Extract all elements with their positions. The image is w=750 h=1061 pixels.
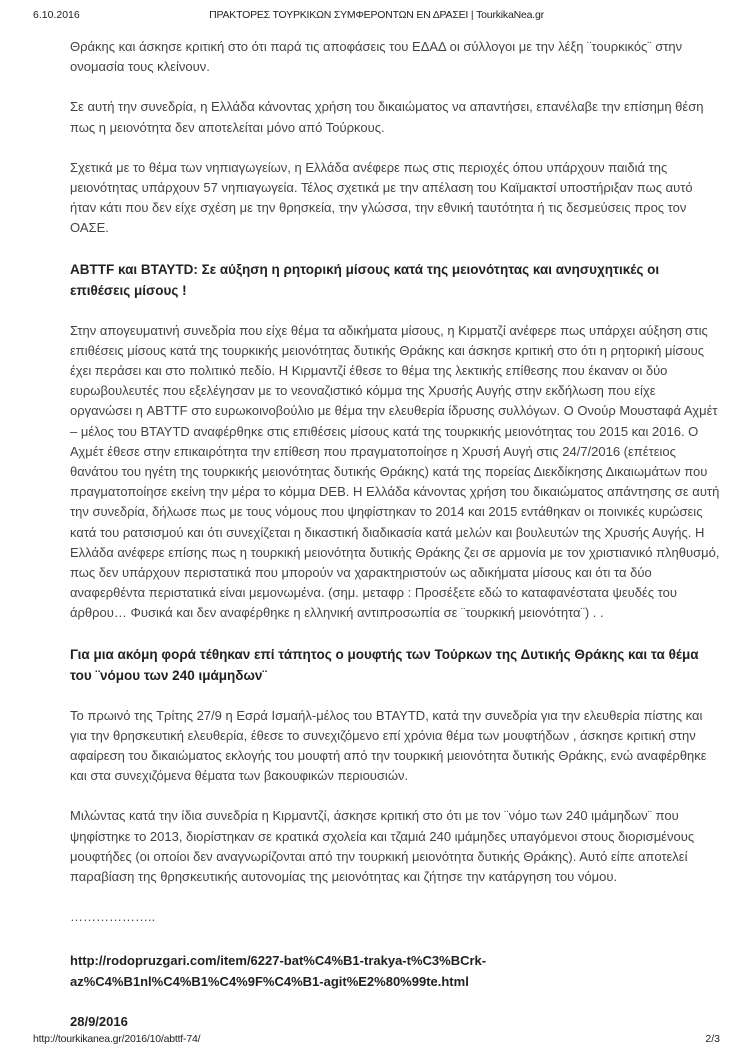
page-number: 2/3	[705, 1033, 720, 1045]
paragraph-4: Στην απογευματινή συνεδρία που είχε θέμα…	[70, 321, 720, 624]
paragraph-6: Μιλώντας κατά την ίδια συνεδρία η Κιρμαν…	[70, 806, 720, 887]
print-footer: http://tourkikanea.gr/2016/10/abttf-74/ …	[33, 1033, 720, 1047]
article-date: 28/9/2016	[70, 1012, 720, 1032]
separator-dots: ………………..	[70, 907, 720, 927]
section-heading-1: ABTTF και BTAYTD: Σε αύξηση η ρητορική μ…	[70, 259, 720, 301]
paragraph-5: Το πρωινό της Τρίτης 27/9 η Εσρά Ισμαήλ-…	[70, 706, 720, 787]
section-heading-2: Για μια ακόμη φορά τέθηκαν επί τάπητος ο…	[70, 644, 720, 686]
page-title: ΠΡΑΚΤΟΡΕΣ ΤΟΥΡΚΙΚΩΝ ΣΥΜΦΕΡΟΝΤΩΝ ΕΝ ΔΡΑΣΕ…	[33, 9, 720, 21]
paragraph-1: Θράκης και άσκησε κριτική στο ότι παρά τ…	[70, 37, 720, 77]
paragraph-2: Σε αυτή την συνεδρία, η Ελλάδα κάνοντας …	[70, 97, 720, 137]
source-link[interactable]: http://rodopruzgari.com/item/6227-bat%C4…	[70, 950, 720, 992]
paragraph-3: Σχετικά με το θέμα των νηπιαγωγείων, η Ε…	[70, 158, 720, 239]
page-url: http://tourkikanea.gr/2016/10/abttf-74/	[33, 1033, 200, 1045]
source-link-line-1[interactable]: http://rodopruzgari.com/item/6227-bat%C4…	[70, 950, 720, 971]
article-body: Θράκης και άσκησε κριτική στο ότι παρά τ…	[70, 37, 720, 1032]
print-header: 6.10.2016 ΠΡΑΚΤΟΡΕΣ ΤΟΥΡΚΙΚΩΝ ΣΥΜΦΕΡΟΝΤΩ…	[33, 9, 720, 23]
source-link-line-2[interactable]: az%C4%B1nl%C4%B1%C4%9F%C4%B1-agit%E2%80%…	[70, 971, 720, 992]
